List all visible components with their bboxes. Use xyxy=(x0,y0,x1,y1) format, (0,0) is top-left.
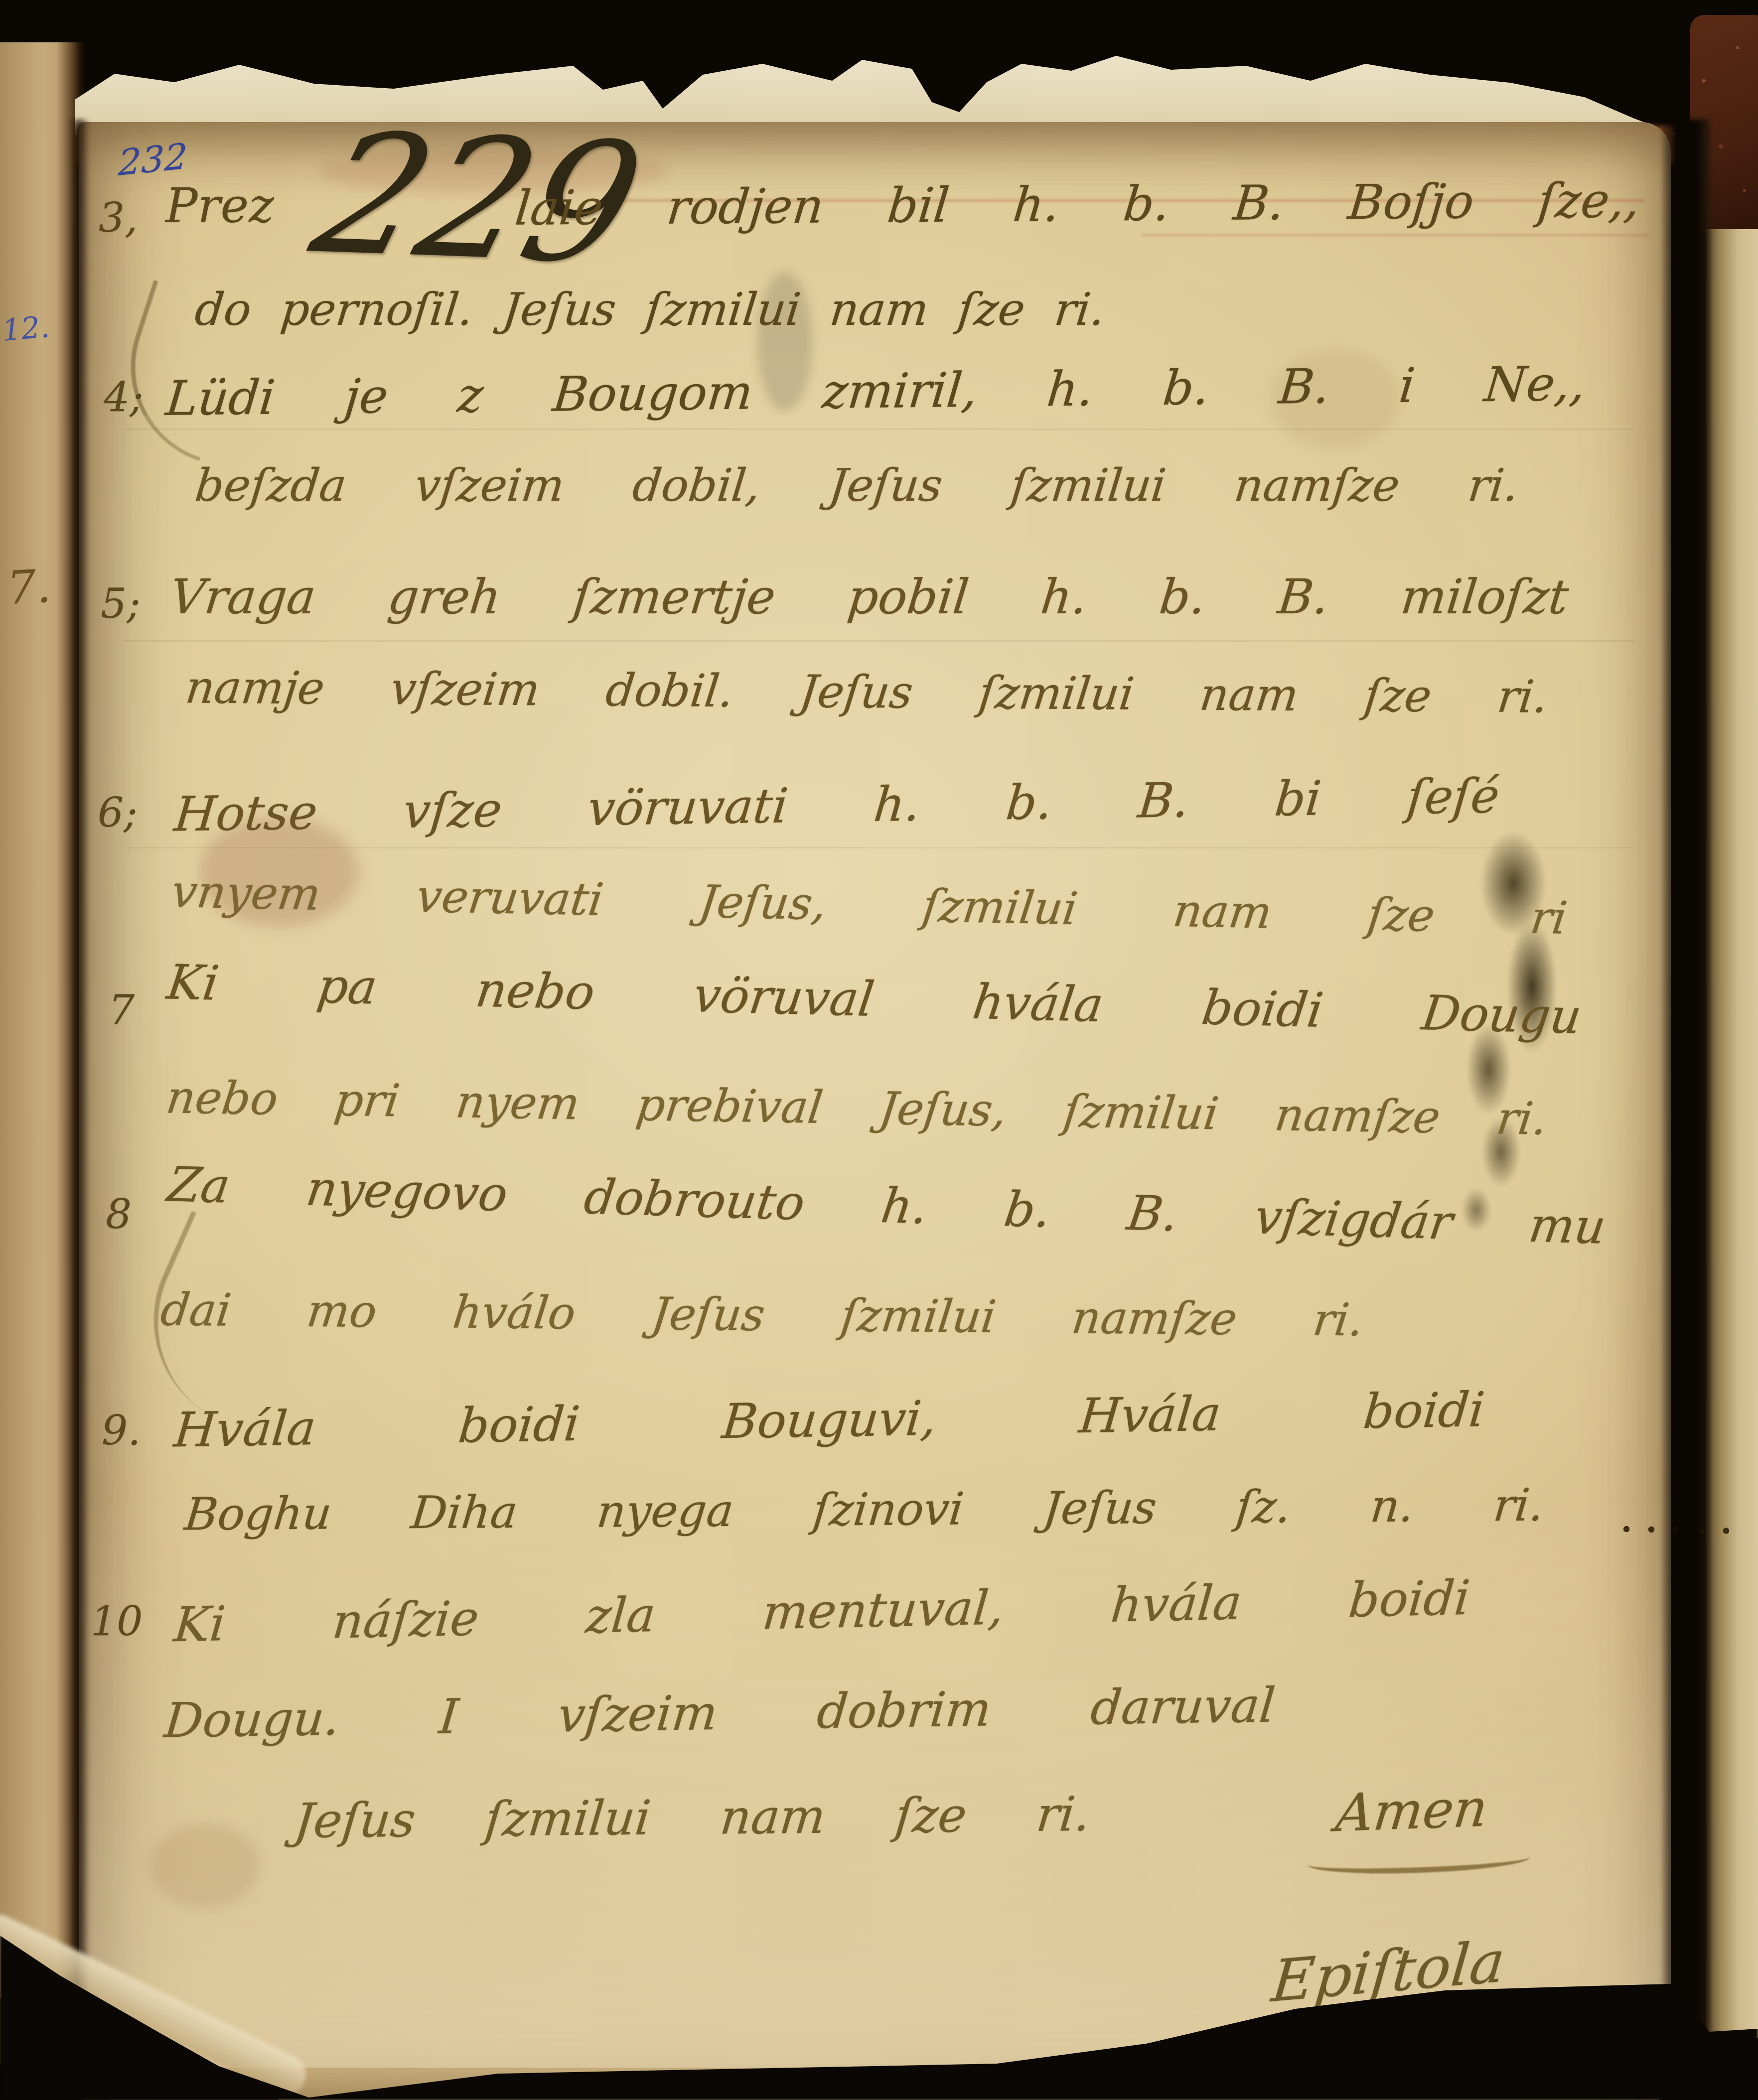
verse-line: namje vſzeim dobil. Jeſus ſzmilui nam ſz… xyxy=(183,665,1550,719)
next-pages-edge xyxy=(1706,229,1758,2038)
verse-line: Vraga greh ſzmertje pobil h. b. B. miloſ… xyxy=(168,573,1571,621)
binding-crevice xyxy=(69,120,90,2093)
verse-line: Prez xyxy=(165,182,274,230)
amen-word: Amen xyxy=(1333,1782,1490,1839)
verse-line: laie rodjen bil h. b. B. Boſjo ſze,, xyxy=(513,176,1642,232)
verse-line: dai mo hválo Jeſus ſzmilui namſze ri. xyxy=(158,1287,1366,1343)
foxing-spot xyxy=(149,1823,259,1908)
verse-number: 10 xyxy=(91,1602,143,1643)
page-number: 232 xyxy=(118,138,188,181)
margin-fragment-blue: 12. xyxy=(0,309,51,348)
verse-line: Jeſus ſzmilui nam ſze ri. xyxy=(293,1790,1093,1845)
faint-ruling-line xyxy=(125,847,1634,848)
faint-ruling-line xyxy=(125,428,1634,430)
manuscript-scan: 12. 7. 232 229 3, Prez laie rodjen bil h… xyxy=(0,0,1758,2100)
margin-fragment-brown: 7. xyxy=(5,560,52,615)
page-gap-shadow xyxy=(1662,120,1710,2048)
torn-page-top-edge xyxy=(75,35,1677,135)
verse-number: 8 xyxy=(106,1195,132,1236)
red-streak xyxy=(1141,234,1649,236)
faint-ruling-line xyxy=(125,640,1634,642)
verse-number: 9. xyxy=(102,1411,141,1452)
verse-number: 3, xyxy=(99,198,138,239)
verse-number: 5; xyxy=(101,584,141,625)
verse-number: 4; xyxy=(104,378,144,419)
verse-line: Boghu Diha nyega ſzinovi Jeſus ſz. n. ri… xyxy=(183,1483,1546,1537)
verse-number: 7 xyxy=(109,990,135,1031)
verse-line: beſzda vſzeim dobil, Jeſus ſzmilui namſz… xyxy=(193,463,1520,508)
verse-number: 6; xyxy=(98,793,138,834)
verse-line: Dougu. I vſzeim dobrim daruval xyxy=(162,1681,1277,1744)
verse-line: do pernoſil. Jeſus ſzmilui nam ſze ri. xyxy=(193,287,1107,332)
verse-line: Lüdi je z Bougom zmiril, h. b. B. i Ne,, xyxy=(164,360,1588,422)
